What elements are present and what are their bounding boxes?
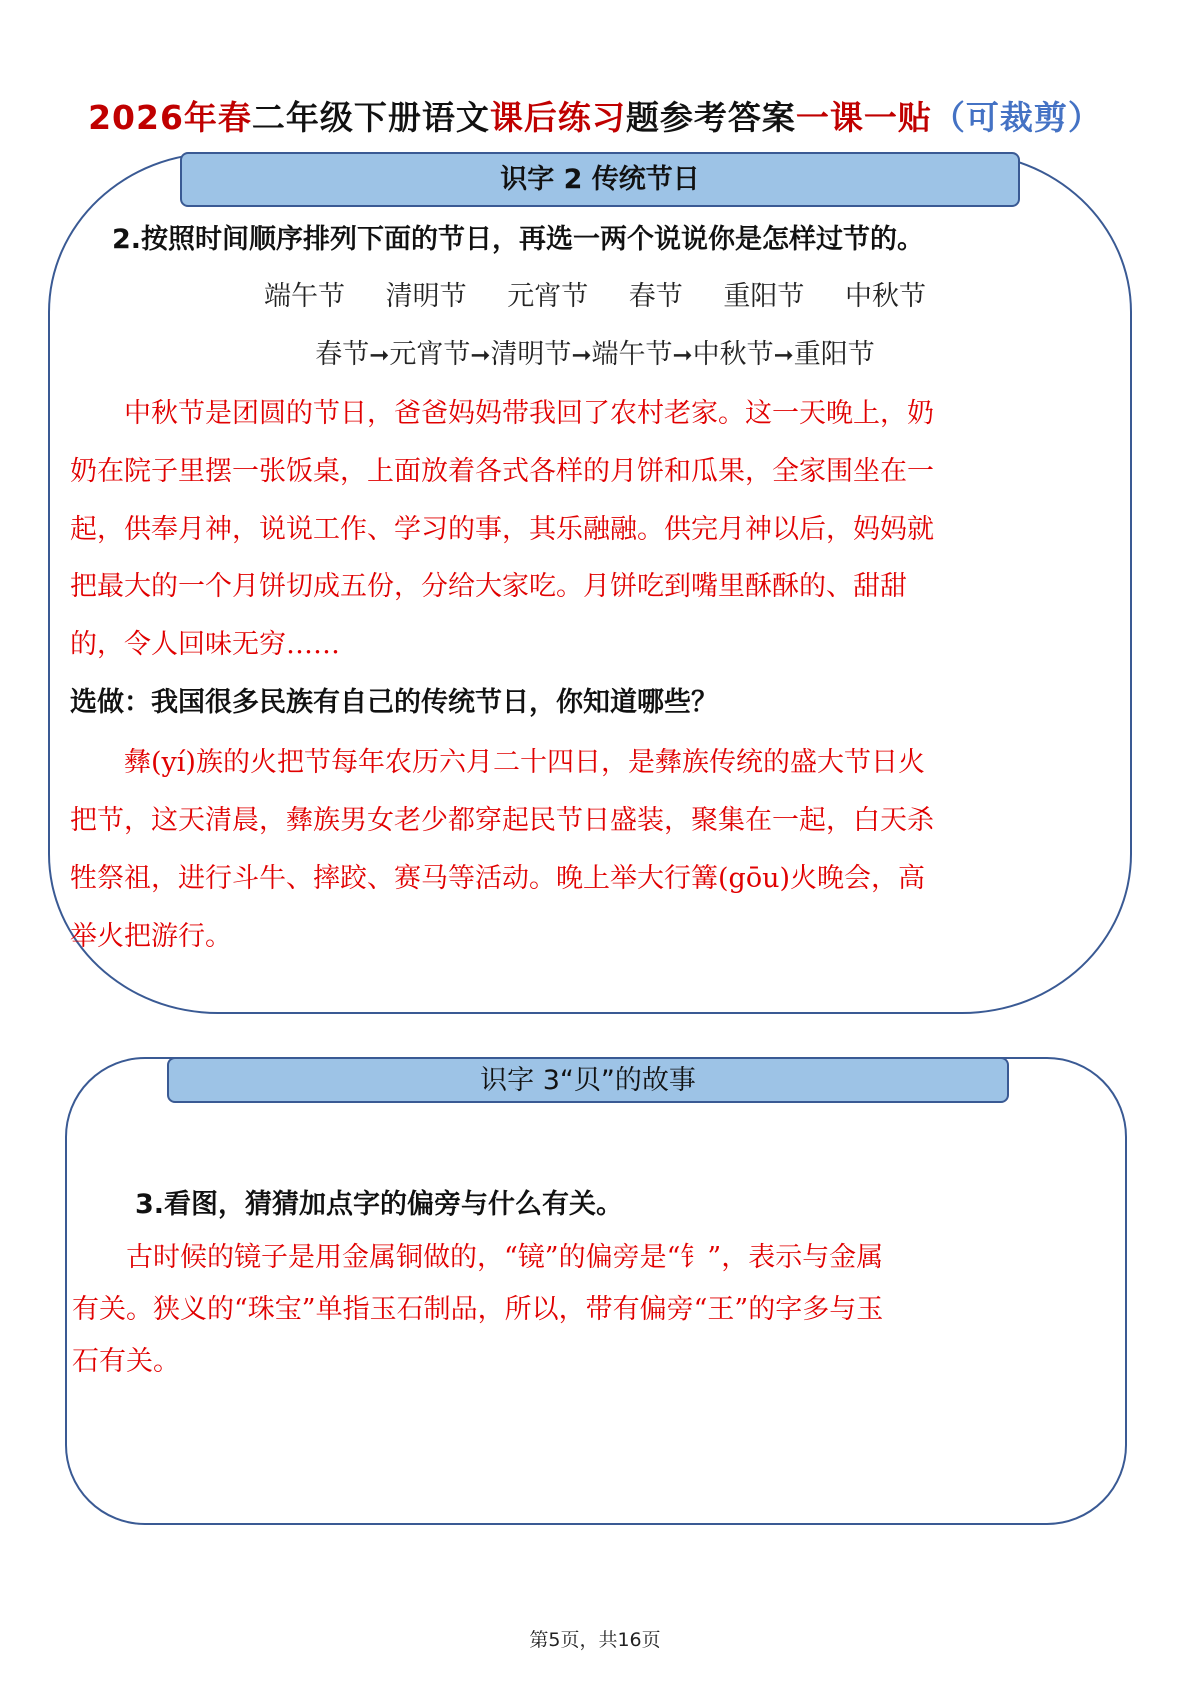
answer-line: 有关。狭义的“珠宝”单指玉石制品，所以，带有偏旁“王”的字多与玉 — [72, 1290, 883, 1330]
arrow-right-icon: ➞ — [571, 341, 591, 369]
optional-answer-line: 把节，这天清晨，彝族男女老少都穿起民节日盛装，聚集在一起，白天杀 — [70, 801, 934, 841]
order-item: 元宵节 — [389, 339, 470, 370]
answer-line: 石有关。 — [72, 1342, 180, 1382]
lesson-header-1: 识字 2 传统节日 — [180, 152, 1020, 207]
question-2: 2.按照时间顺序排列下面的节日，再选一两个说说你是怎样过节的。 — [112, 220, 924, 260]
festival-item: 春节 — [629, 277, 683, 317]
answer-line: 奶在院子里摆一张饭桌，上面放着各式各样的月饼和瓜果，全家围坐在一 — [70, 452, 934, 492]
answer-line: 起，供奉月神，说说工作、学习的事，其乐融融。供完月神以后，妈妈就 — [70, 510, 934, 550]
arrow-right-icon: ➞ — [673, 341, 693, 369]
page-title: 2026年春二年级下册语文课后练习题参考答案一课一贴（可裁剪） — [0, 92, 1190, 139]
lesson-header-2: 识字 3“贝”的故事 — [167, 1057, 1009, 1103]
optional-answer-line: 牲祭祖，进行斗牛、摔跤、赛马等活动。晚上举大行篝(gōu)火晚会，高 — [70, 859, 925, 899]
festival-order: 春节➞元宵节➞清明节➞端午节➞中秋节➞重阳节 — [0, 335, 1190, 375]
title-segment: 题参考答案 — [626, 98, 796, 137]
festival-item: 清明节 — [386, 277, 467, 317]
order-item: 春节 — [315, 339, 369, 370]
order-item: 端午节 — [592, 339, 673, 370]
arrow-right-icon: ➞ — [774, 341, 794, 369]
answer-line: 的，令人回味无穷…… — [70, 625, 340, 665]
answer-line: 把最大的一个月饼切成五份，分给大家吃。月饼吃到嘴里酥酥的、甜甜 — [70, 567, 907, 607]
question-3: 3.看图，猜猜加点字的偏旁与什么有关。 — [135, 1185, 623, 1225]
festival-item: 元宵节 — [507, 277, 588, 317]
title-segment: （可裁剪） — [932, 98, 1102, 137]
optional-answer-line: 举火把游行。 — [70, 917, 232, 957]
optional-question: 选做：我国很多民族有自己的传统节日，你知道哪些？ — [70, 683, 718, 723]
title-segment: 一课一贴 — [796, 98, 932, 137]
page-number: 第5页，共16页 — [0, 1625, 1190, 1652]
title-segment: 二年级下册语文 — [252, 98, 490, 137]
festival-item: 端午节 — [264, 277, 345, 317]
arrow-right-icon: ➞ — [470, 341, 490, 369]
order-item: 清明节 — [490, 339, 571, 370]
optional-answer-line: 彝(yí)族的火把节每年农历六月二十四日，是彝族传统的盛大节日火 — [70, 743, 925, 783]
answer-line: 古时候的镜子是用金属铜做的，“镜”的偏旁是“钅”，表示与金属 — [72, 1238, 883, 1278]
arrow-right-icon: ➞ — [369, 341, 389, 369]
order-item: 中秋节 — [693, 339, 774, 370]
order-item: 重阳节 — [794, 339, 875, 370]
title-segment: 2026年春 — [88, 98, 252, 137]
festival-list: 端午节 清明节 元宵节 春节 重阳节 中秋节 — [0, 277, 1190, 317]
answer-line: 中秋节是团圆的节日，爸爸妈妈带我回了农村老家。这一天晚上，奶 — [70, 394, 934, 434]
festival-item: 中秋节 — [845, 277, 926, 317]
title-segment: 课后练习 — [490, 98, 626, 137]
festival-item: 重阳节 — [723, 277, 804, 317]
